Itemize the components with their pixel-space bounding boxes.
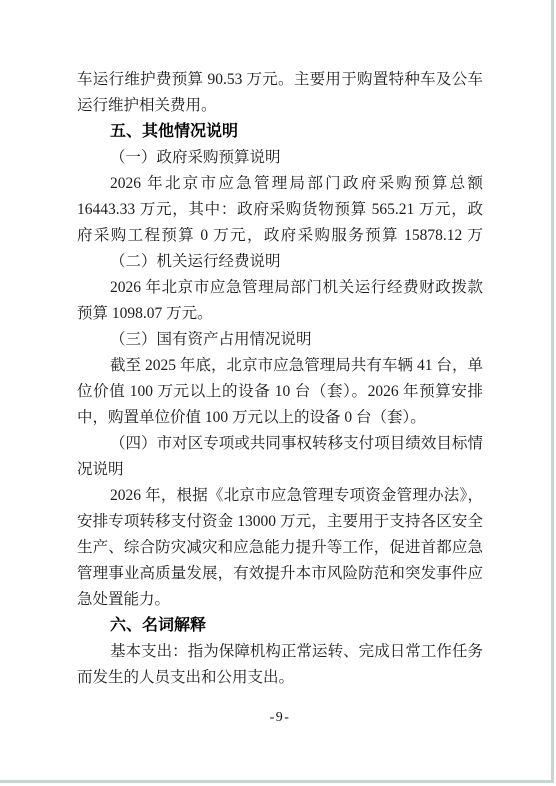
text-line: 而发生的人员支出和公用支出。 — [77, 665, 483, 691]
page-number: -9- — [77, 710, 483, 726]
text-line: 基本支出：指为保障机构正常运转、完成日常工作任务 — [77, 639, 483, 665]
document-page: 车运行维护费预算 90.53 万元。主要用于购置特种车及公车 运行维护相关费用。… — [0, 0, 556, 786]
text-line: 16443.33 万元，其中：政府采购货物预算 565.21 万元，政 — [77, 197, 483, 223]
page-edge-bottom — [0, 780, 554, 783]
text-line: 截至 2025 年底，北京市应急管理局共有车辆 41 台，单 — [77, 353, 483, 379]
page-edge-right — [551, 0, 554, 783]
subsection-heading-2: （二）机关运行经费说明 — [77, 249, 483, 275]
section-heading-5: 五、其他情况说明 — [77, 119, 483, 145]
subsection-heading-1: （一）政府采购预算说明 — [77, 145, 483, 171]
text-line: 中，购置单位价值 100 万元以上的设备 0 台（套）。 — [77, 405, 483, 431]
text-line: 位价值 100 万元以上的设备 10 台（套）。2026 年预算安排 — [77, 379, 483, 405]
text-line: 2026 年，根据《北京市应急管理专项资金管理办法》， — [77, 483, 483, 509]
section-heading-6: 六、名词解释 — [77, 613, 483, 639]
text-line: 2026 年北京市应急管理局部门政府采购预算总额 — [77, 171, 483, 197]
text-line: 车运行维护费预算 90.53 万元。主要用于购置特种车及公车 — [77, 67, 483, 93]
text-line: 生产、综合防灾减灾和应急能力提升等工作，促进首都应急 — [77, 535, 483, 561]
subsection-heading-3: （三）国有资产占用情况说明 — [77, 327, 483, 353]
text-line: 急处置能力。 — [77, 587, 483, 613]
text-line: 2026 年北京市应急管理局部门机关运行经费财政拨款 — [77, 275, 483, 301]
text-line: 府采购工程预算 0 万元，政府采购服务预算 15878.12 万元。 — [77, 223, 483, 249]
text-line: 管理事业高质量发展，有效提升本市风险防范和突发事件应 — [77, 561, 483, 587]
document-content: 车运行维护费预算 90.53 万元。主要用于购置特种车及公车 运行维护相关费用。… — [77, 67, 483, 691]
text-line: 运行维护相关费用。 — [77, 93, 483, 119]
text-line: 安排专项转移支付资金 13000 万元，主要用于支持各区安全 — [77, 509, 483, 535]
subsection-heading-4: （四）市对区专项或共同事权转移支付项目绩效目标情 — [77, 431, 483, 457]
subsection-heading-4-cont: 况说明 — [77, 457, 483, 483]
text-line: 预算 1098.07 万元。 — [77, 301, 483, 327]
